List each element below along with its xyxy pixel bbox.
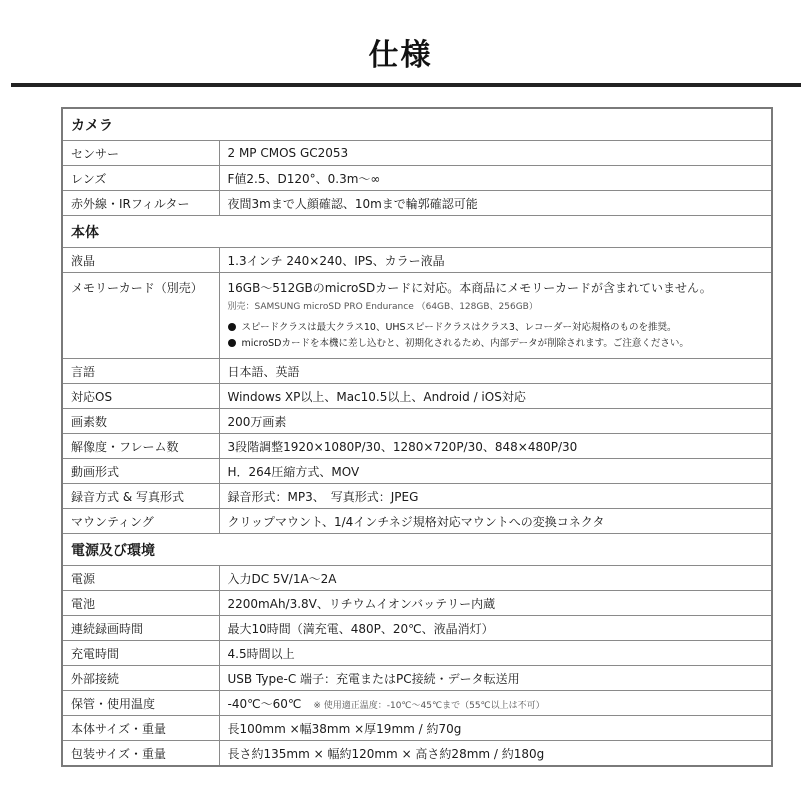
- memory-card-recommended: 別売：SAMSUNG microSD PRO Endurance （64GB、1…: [228, 299, 772, 312]
- page-title: 仕様: [0, 30, 801, 74]
- spec-value: -40℃〜60℃※ 使用適正温度：-10℃〜45℃まで（55℃以上は不可）: [219, 691, 772, 716]
- note-item: スピードクラスは最大クラス10、UHSスピードクラスはクラス3、レコーダー対応規…: [228, 320, 772, 336]
- title-divider: [11, 83, 801, 87]
- spec-value: クリップマウント、1/4インチネジ規格対応マウントへの変換コネクタ: [219, 509, 772, 534]
- spec-value: H．264圧縮方式、MOV: [219, 459, 772, 484]
- spec-value: 4.5時間以上: [219, 641, 772, 666]
- bullet-icon: [228, 323, 236, 331]
- spec-row: 解像度・フレーム数 3段階調整1920×1080P/30、1280×720P/3…: [62, 434, 772, 459]
- spec-table: カメラ センサー 2 MP CMOS GC2053 レンズ F値2.5、D120…: [61, 107, 773, 767]
- memory-card-support: 16GB〜512GBのmicroSDカードに対応。本商品にメモリーカードが含まれ…: [228, 279, 772, 296]
- spec-key: 液晶: [62, 248, 219, 273]
- spec-value: 2 MP CMOS GC2053: [219, 141, 772, 166]
- spec-key: 動画形式: [62, 459, 219, 484]
- spec-value: USB Type-C 端子：充電またはPC接続・データ転送用: [219, 666, 772, 691]
- spec-row-memory-card: メモリーカード（別売） 16GB〜512GBのmicroSDカードに対応。本商品…: [62, 273, 772, 359]
- spec-value: 1.3インチ 240×240、IPS、カラー液晶: [219, 248, 772, 273]
- spec-key: 外部接続: [62, 666, 219, 691]
- section-header-body: 本体: [62, 216, 772, 248]
- spec-value: F値2.5、D120°、0.3m〜∞: [219, 166, 772, 191]
- spec-value: Windows XP以上、Mac10.5以上、Android / iOS対応: [219, 384, 772, 409]
- spec-row: 動画形式 H．264圧縮方式、MOV: [62, 459, 772, 484]
- section-header-camera: カメラ: [62, 108, 772, 141]
- spec-row: 外部接続 USB Type-C 端子：充電またはPC接続・データ転送用: [62, 666, 772, 691]
- spec-key: 電源: [62, 566, 219, 591]
- spec-value: 最大10時間（満充電、480P、20℃、液晶消灯）: [219, 616, 772, 641]
- spec-key: 保管・使用温度: [62, 691, 219, 716]
- spec-value: 長さ約135mm × 幅約120mm × 高さ約28mm / 約180g: [219, 741, 772, 767]
- spec-row: レンズ F値2.5、D120°、0.3m〜∞: [62, 166, 772, 191]
- spec-row: 電源 入力DC 5V/1A〜2A: [62, 566, 772, 591]
- spec-key: 充電時間: [62, 641, 219, 666]
- temperature-note: ※ 使用適正温度：-10℃〜45℃まで（55℃以上は不可）: [313, 701, 544, 711]
- spec-value: 入力DC 5V/1A〜2A: [219, 566, 772, 591]
- spec-row: 本体サイズ・重量 長100mm ×幅38mm ×厚19mm / 約70g: [62, 716, 772, 741]
- section-header-power: 電源及び環境: [62, 534, 772, 566]
- spec-row: 液晶 1.3インチ 240×240、IPS、カラー液晶: [62, 248, 772, 273]
- bullet-icon: [228, 339, 236, 347]
- spec-value: 夜間3mまで人顔確認、10mまで輪郭確認可能: [219, 191, 772, 216]
- memory-card-notes: スピードクラスは最大クラス10、UHSスピードクラスはクラス3、レコーダー対応規…: [228, 320, 772, 352]
- spec-key: 録音方式 & 写真形式: [62, 484, 219, 509]
- spec-row: 赤外線・IRフィルター 夜間3mまで人顔確認、10mまで輪郭確認可能: [62, 191, 772, 216]
- spec-key: 対応OS: [62, 384, 219, 409]
- spec-key: 電池: [62, 591, 219, 616]
- spec-key: センサー: [62, 141, 219, 166]
- spec-row: 保管・使用温度 -40℃〜60℃※ 使用適正温度：-10℃〜45℃まで（55℃以…: [62, 691, 772, 716]
- spec-value: 16GB〜512GBのmicroSDカードに対応。本商品にメモリーカードが含まれ…: [219, 273, 772, 359]
- spec-row: マウンティング クリップマウント、1/4インチネジ規格対応マウントへの変換コネク…: [62, 509, 772, 534]
- spec-key: メモリーカード（別売）: [62, 273, 219, 359]
- spec-value: 200万画素: [219, 409, 772, 434]
- spec-row: 連続録画時間 最大10時間（満充電、480P、20℃、液晶消灯）: [62, 616, 772, 641]
- spec-value: 日本語、英語: [219, 359, 772, 384]
- spec-row: センサー 2 MP CMOS GC2053: [62, 141, 772, 166]
- spec-value: 録音形式：MP3、 写真形式：JPEG: [219, 484, 772, 509]
- spec-key: 赤外線・IRフィルター: [62, 191, 219, 216]
- spec-row: 画素数 200万画素: [62, 409, 772, 434]
- spec-value: 2200mAh/3.8V、リチウムイオンバッテリー内蔵: [219, 591, 772, 616]
- spec-key: 連続録画時間: [62, 616, 219, 641]
- spec-row: 充電時間 4.5時間以上: [62, 641, 772, 666]
- spec-row: 言語 日本語、英語: [62, 359, 772, 384]
- spec-value: 3段階調整1920×1080P/30、1280×720P/30、848×480P…: [219, 434, 772, 459]
- note-item: microSDカードを本機に差し込むと、初期化されるため、内部データが削除されま…: [228, 336, 772, 352]
- spec-row: 録音方式 & 写真形式 録音形式：MP3、 写真形式：JPEG: [62, 484, 772, 509]
- spec-key: 言語: [62, 359, 219, 384]
- spec-key: マウンティング: [62, 509, 219, 534]
- spec-row: 包装サイズ・重量 長さ約135mm × 幅約120mm × 高さ約28mm / …: [62, 741, 772, 767]
- spec-key: 本体サイズ・重量: [62, 716, 219, 741]
- spec-key: 解像度・フレーム数: [62, 434, 219, 459]
- spec-key: 包装サイズ・重量: [62, 741, 219, 767]
- spec-row: 電池 2200mAh/3.8V、リチウムイオンバッテリー内蔵: [62, 591, 772, 616]
- spec-key: 画素数: [62, 409, 219, 434]
- spec-row: 対応OS Windows XP以上、Mac10.5以上、Android / iO…: [62, 384, 772, 409]
- spec-key: レンズ: [62, 166, 219, 191]
- spec-value: 長100mm ×幅38mm ×厚19mm / 約70g: [219, 716, 772, 741]
